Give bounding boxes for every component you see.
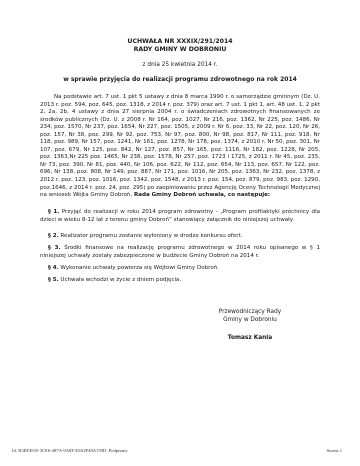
section-marker: § 5. (48, 277, 59, 283)
section-marker: § 1. (48, 209, 59, 215)
preamble-text: Na podstawie art. 7 ust. 1 pkt 5 ustawy … (40, 94, 320, 198)
preamble: Na podstawie art. 7 ust. 1 pkt 5 ustawy … (40, 94, 320, 200)
preamble-enactment: Rada Gminy Dobroń uchwala, co następuje: (134, 192, 270, 198)
signature-role-line1: Przewodniczący Rady (200, 309, 300, 317)
section-marker: § 2. (48, 233, 59, 239)
resolution-subject: w sprawie przyjęcia do realizacji progra… (0, 76, 360, 84)
resolution-date: z dnia 25 kwietnia 2014 r. (0, 61, 360, 69)
resolution-number: UCHWAŁA NR XXXIX/291/2014 (0, 38, 360, 46)
signature-role: Przewodniczący Rady Gminy w Dobroniu (200, 309, 300, 324)
page-number: Strona 1 (327, 448, 342, 453)
section-marker: § 4. (48, 265, 59, 271)
paragraph-text: Uchwała wchodzi w życie z dniem podjęcia… (59, 277, 182, 283)
document-page: UCHWAŁA NR XXXIX/291/2014 RADY GMINY W D… (0, 0, 360, 466)
document-id: Id: B3EF4935-3CE6-487A-9A8F-D162F48A159D… (12, 448, 128, 453)
paragraph-text: Realizator programu zostanie wyłoniony w… (59, 233, 243, 239)
section-marker: § 3. (48, 245, 61, 251)
signatory-name: Tomasz Kania (200, 335, 300, 343)
paragraph-2: § 2. Realizator programu zostanie wyłoni… (40, 233, 320, 241)
council-name: RADY GMINY W DOBRONIU (0, 46, 360, 54)
paragraph-5: § 5. Uchwała wchodzi w życie z dniem pod… (40, 277, 320, 285)
paragraph-text: Wykonanie uchwały powierza się Wójtowi G… (59, 265, 219, 271)
signature-role-line2: Gminy w Dobroniu (200, 317, 300, 325)
paragraph-text: Przyjąć do realizacji w roku 2014 progra… (40, 209, 320, 223)
paragraph-3: § 3. Środki finansowe na realizację prog… (40, 245, 320, 260)
paragraph-text: Środki finansowe na realizację programu … (40, 245, 320, 259)
paragraph-1: § 1. Przyjąć do realizacji w roku 2014 p… (40, 209, 320, 224)
paragraph-4: § 4. Wykonanie uchwały powierza się Wójt… (40, 265, 320, 273)
